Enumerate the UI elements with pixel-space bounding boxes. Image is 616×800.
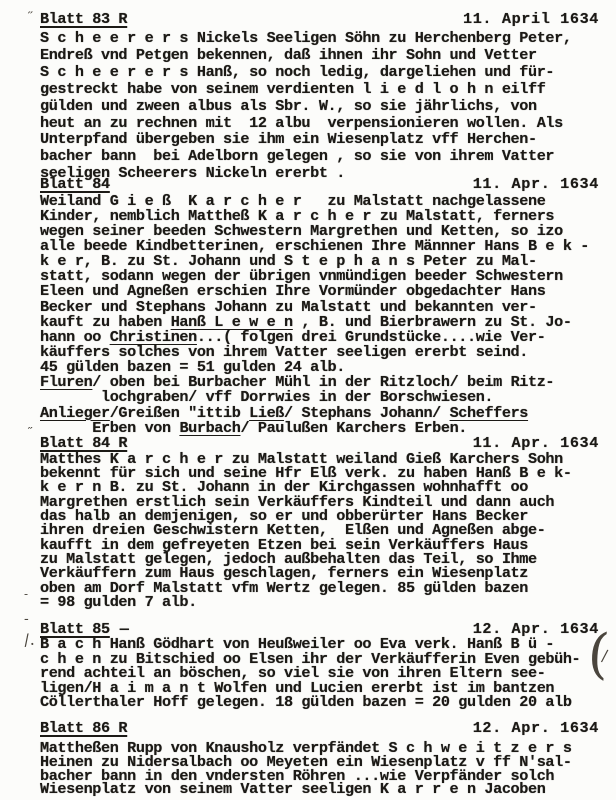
smudge-bottom-left: - [24, 588, 28, 600]
underlined-text: Burbach [179, 419, 240, 437]
text-line: Unterpfand übergeben sie ihm ein Wiesenp… [40, 132, 603, 147]
text-line: = 98 gulden 7 alb. [40, 595, 603, 610]
document-page: Blatt 83 R11. April 1634S c h e e r e r … [0, 0, 616, 800]
text-line: Wiesenplatz von seinem Vatter seeligen K… [40, 782, 603, 797]
text-line: heut an zu rechnen mit 12 albu verpensio… [40, 116, 603, 131]
entry-heading: Blatt 84 [40, 175, 110, 193]
text-segment: / Paulußen Karchers Erben. [240, 419, 467, 437]
text-line: Cöllerthaler Hoff gelegen. 18 gülden baz… [40, 695, 603, 710]
smudge-lower-left: - [24, 612, 29, 626]
text-line: bacher bann bei Adelborn gelegen , so si… [40, 149, 603, 164]
entry-header-line: Blatt 8411. Apr. 1634 [40, 177, 603, 192]
entry-date: 11. Apr. 1634 [473, 177, 599, 192]
entry-heading: Blatt 86 R [40, 719, 127, 737]
entry-header-line: Blatt 86 R12. Apr. 1634 [40, 721, 603, 736]
entry-date: 11. April 1634 [463, 12, 599, 27]
entry-date: 12. Apr. 1634 [473, 721, 599, 736]
smudge-mid-left: ˶ [28, 420, 32, 433]
entry-heading: Blatt 83 R [40, 10, 127, 28]
text-line: Endreß vnd Petgen bekennen, daß ihnen ih… [40, 48, 603, 63]
text-line: S c h e e r e r s Hanß, so noch ledig, d… [40, 65, 603, 80]
smudge-top-left: ˶ [28, 4, 33, 18]
text-line: gülden und zween albus als Sbr. W., so s… [40, 99, 603, 114]
entry-header-line: Blatt 83 R11. April 1634 [40, 12, 603, 27]
entry-header-line: Blatt 84 R11. Apr. 1634 [40, 436, 603, 451]
pen-mark-slash-dot: /. [23, 631, 35, 648]
entry-date: 11. Apr. 1634 [473, 436, 599, 451]
text-line: S c h e e r e r s Nickels Seeligen Söhn … [40, 31, 603, 46]
text-line: gestreckt habe von seinem verdienten l i… [40, 82, 603, 97]
